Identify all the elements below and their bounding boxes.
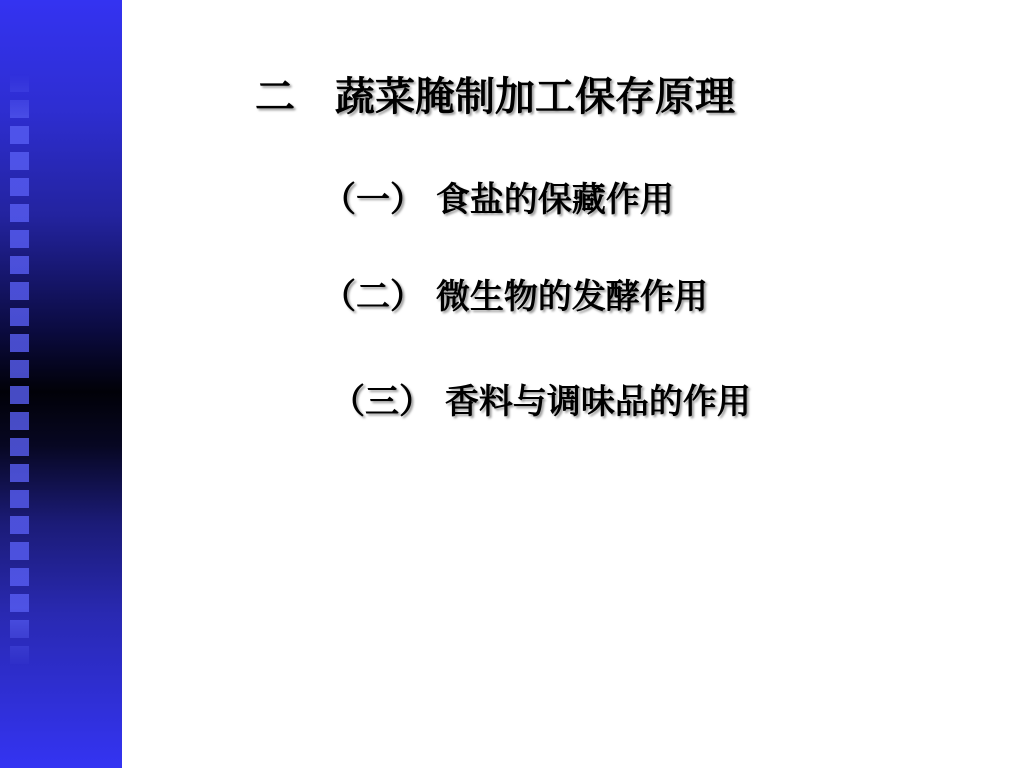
list-item-1: （一） 食盐的保藏作用 <box>322 182 674 219</box>
sidebar-squares-pattern <box>10 74 29 668</box>
list-item-2: （二） 微生物的发酵作用 <box>322 279 708 316</box>
slide-content: 二 蔬菜腌制加工保存原理 （一） 食盐的保藏作用 （二） 微生物的发酵作用 （三… <box>122 0 1024 768</box>
list-item-3: （三） 香料与调味品的作用 <box>331 384 751 421</box>
slide-title: 二 蔬菜腌制加工保存原理 <box>255 76 735 118</box>
presentation-slide: 二 蔬菜腌制加工保存原理 （一） 食盐的保藏作用 （二） 微生物的发酵作用 （三… <box>0 0 1024 768</box>
sidebar-gradient-decoration <box>0 0 122 768</box>
